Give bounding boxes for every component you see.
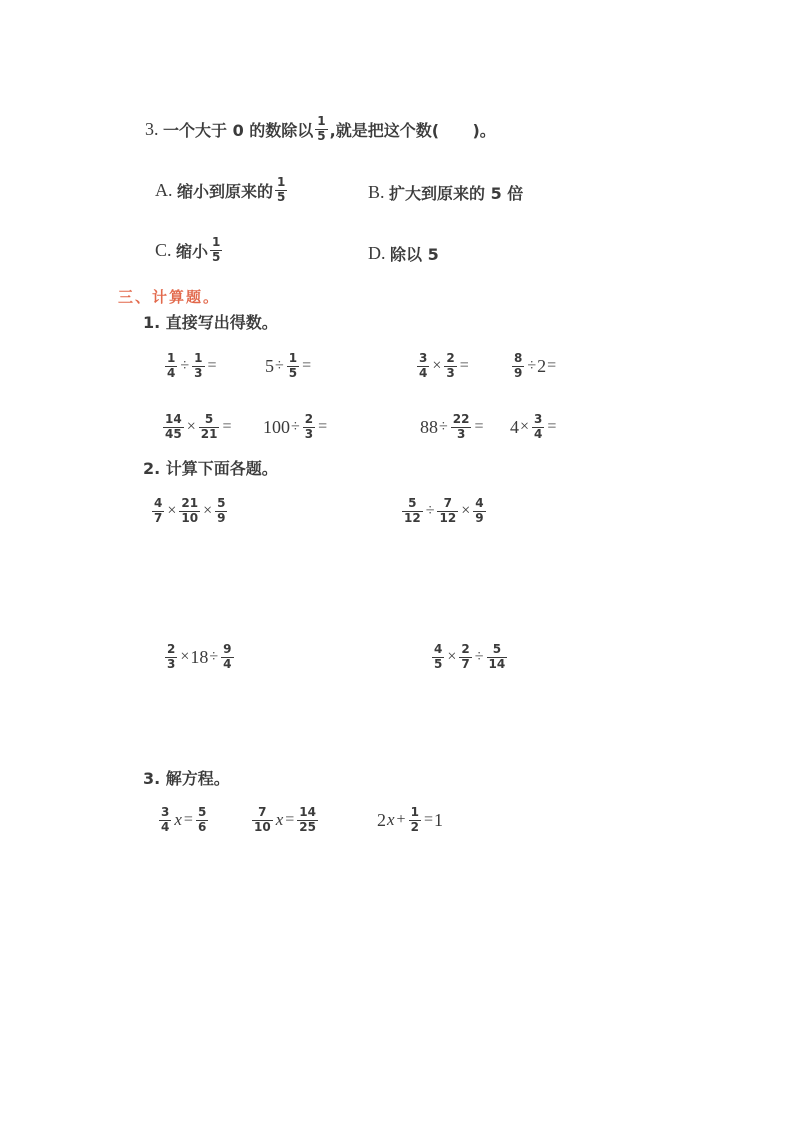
fraction: 15 (210, 236, 222, 265)
number: 5 (265, 356, 274, 376)
operator: ÷ (275, 357, 284, 374)
operator: ÷ (209, 648, 218, 665)
operator: + (397, 811, 406, 828)
fraction: 34 (417, 352, 429, 381)
text-run: 缩小 (176, 242, 208, 261)
operator: = (460, 357, 469, 374)
number: 3. (145, 119, 163, 139)
fraction: 47 (152, 497, 164, 526)
fraction: 710 (252, 806, 273, 835)
fraction: 12 (409, 806, 421, 835)
variable: x (173, 810, 183, 829)
number: A. (155, 180, 177, 200)
question-3-option-c: C. 缩小15 (155, 236, 224, 265)
operator: ÷ (527, 357, 536, 374)
variable: x (275, 810, 285, 829)
fraction: 712 (437, 497, 458, 526)
fraction: 34 (532, 413, 544, 442)
fraction: 23 (303, 413, 315, 442)
calc-expression: 47×2110×59 (150, 497, 229, 526)
quick-calc-item: 5÷15= (265, 352, 312, 381)
fraction: 94 (221, 643, 233, 672)
text-run: ,就是把这个数( )。 (330, 121, 496, 140)
operator: = (222, 418, 231, 435)
number: 2 (377, 810, 386, 830)
text-run: 一个大于 0 的数除以 (163, 121, 313, 140)
fraction: 56 (196, 806, 208, 835)
number: C. (155, 240, 176, 260)
fraction: 49 (473, 497, 485, 526)
number: 2 (537, 356, 546, 376)
quick-calc-item: 34×23= (415, 352, 470, 381)
fraction: 23 (165, 643, 177, 672)
fraction: 15 (275, 176, 287, 205)
operator: × (180, 648, 189, 665)
worksheet-page: 3. 一个大于 0 的数除以15,就是把这个数( )。 A. 缩小到原来的15 … (0, 0, 793, 1122)
text-run: 缩小到原来的 (177, 182, 273, 201)
quick-calc-item: 14÷13= (163, 352, 218, 381)
part2-title: 2. 计算下面各题。 (143, 456, 278, 479)
number: 4 (510, 417, 519, 437)
operator: ÷ (180, 357, 189, 374)
operator: = (302, 357, 311, 374)
fraction: 13 (192, 352, 204, 381)
number: 88 (420, 417, 438, 437)
operator: = (318, 418, 327, 435)
operator: ÷ (291, 418, 300, 435)
fraction: 2110 (179, 497, 200, 526)
operator: = (474, 418, 483, 435)
number: 100 (263, 417, 290, 437)
question-3-option-a: A. 缩小到原来的15 (155, 176, 289, 205)
operator: = (547, 418, 556, 435)
operator: × (432, 357, 441, 374)
operator: × (461, 502, 470, 519)
quick-calc-item: 100÷23= (263, 413, 328, 442)
fraction: 89 (512, 352, 524, 381)
fraction: 59 (215, 497, 227, 526)
operator: ÷ (475, 648, 484, 665)
fraction: 15 (287, 352, 299, 381)
fraction: 23 (444, 352, 456, 381)
text-run: 扩大到原来的 5 倍 (389, 184, 523, 203)
quick-calc-item: 88÷223= (420, 413, 485, 442)
question-3-text: 3. 一个大于 0 的数除以15,就是把这个数( )。 (145, 115, 496, 144)
operator: ÷ (426, 502, 435, 519)
quick-calc-item: 4×34= (510, 413, 557, 442)
fraction: 521 (199, 413, 220, 442)
text-run: 除以 5 (390, 245, 439, 264)
equation: 34x=56 (157, 806, 210, 835)
equation: 2x+12=1 (377, 806, 443, 835)
fraction: 1425 (297, 806, 318, 835)
number: B. (368, 182, 389, 202)
operator: = (208, 357, 217, 374)
operator: ÷ (439, 418, 448, 435)
fraction: 15 (315, 115, 327, 144)
variable: x (386, 810, 396, 829)
question-3-option-b: B. 扩大到原来的 5 倍 (368, 181, 523, 204)
fraction: 512 (402, 497, 423, 526)
operator: = (424, 811, 433, 828)
fraction: 45 (432, 643, 444, 672)
quick-calc-item: 1445×521= (161, 413, 232, 442)
fraction: 14 (165, 352, 177, 381)
operator: × (187, 418, 196, 435)
fraction: 1445 (163, 413, 184, 442)
fraction: 34 (159, 806, 171, 835)
number: 18 (190, 647, 208, 667)
fraction: 223 (451, 413, 472, 442)
part1-title: 1. 直接写出得数。 (143, 310, 278, 333)
question-3-option-d: D. 除以 5 (368, 242, 439, 265)
operator: × (203, 502, 212, 519)
calc-expression: 23×18÷94 (163, 643, 236, 672)
quick-calc-item: 89÷2= (510, 352, 557, 381)
number: 1 (434, 810, 443, 830)
part3-title: 3. 解方程。 (143, 766, 230, 789)
section-heading: 三、计算题。 (118, 286, 220, 307)
operator: × (447, 648, 456, 665)
fraction: 27 (459, 643, 471, 672)
operator: × (167, 502, 176, 519)
operator: = (547, 357, 556, 374)
equation: 710x=1425 (250, 806, 320, 835)
operator: = (285, 811, 294, 828)
number: D. (368, 243, 390, 263)
operator: × (520, 418, 529, 435)
operator: = (184, 811, 193, 828)
calc-expression: 512÷712×49 (400, 497, 488, 526)
fraction: 514 (487, 643, 508, 672)
calc-expression: 45×27÷514 (430, 643, 509, 672)
